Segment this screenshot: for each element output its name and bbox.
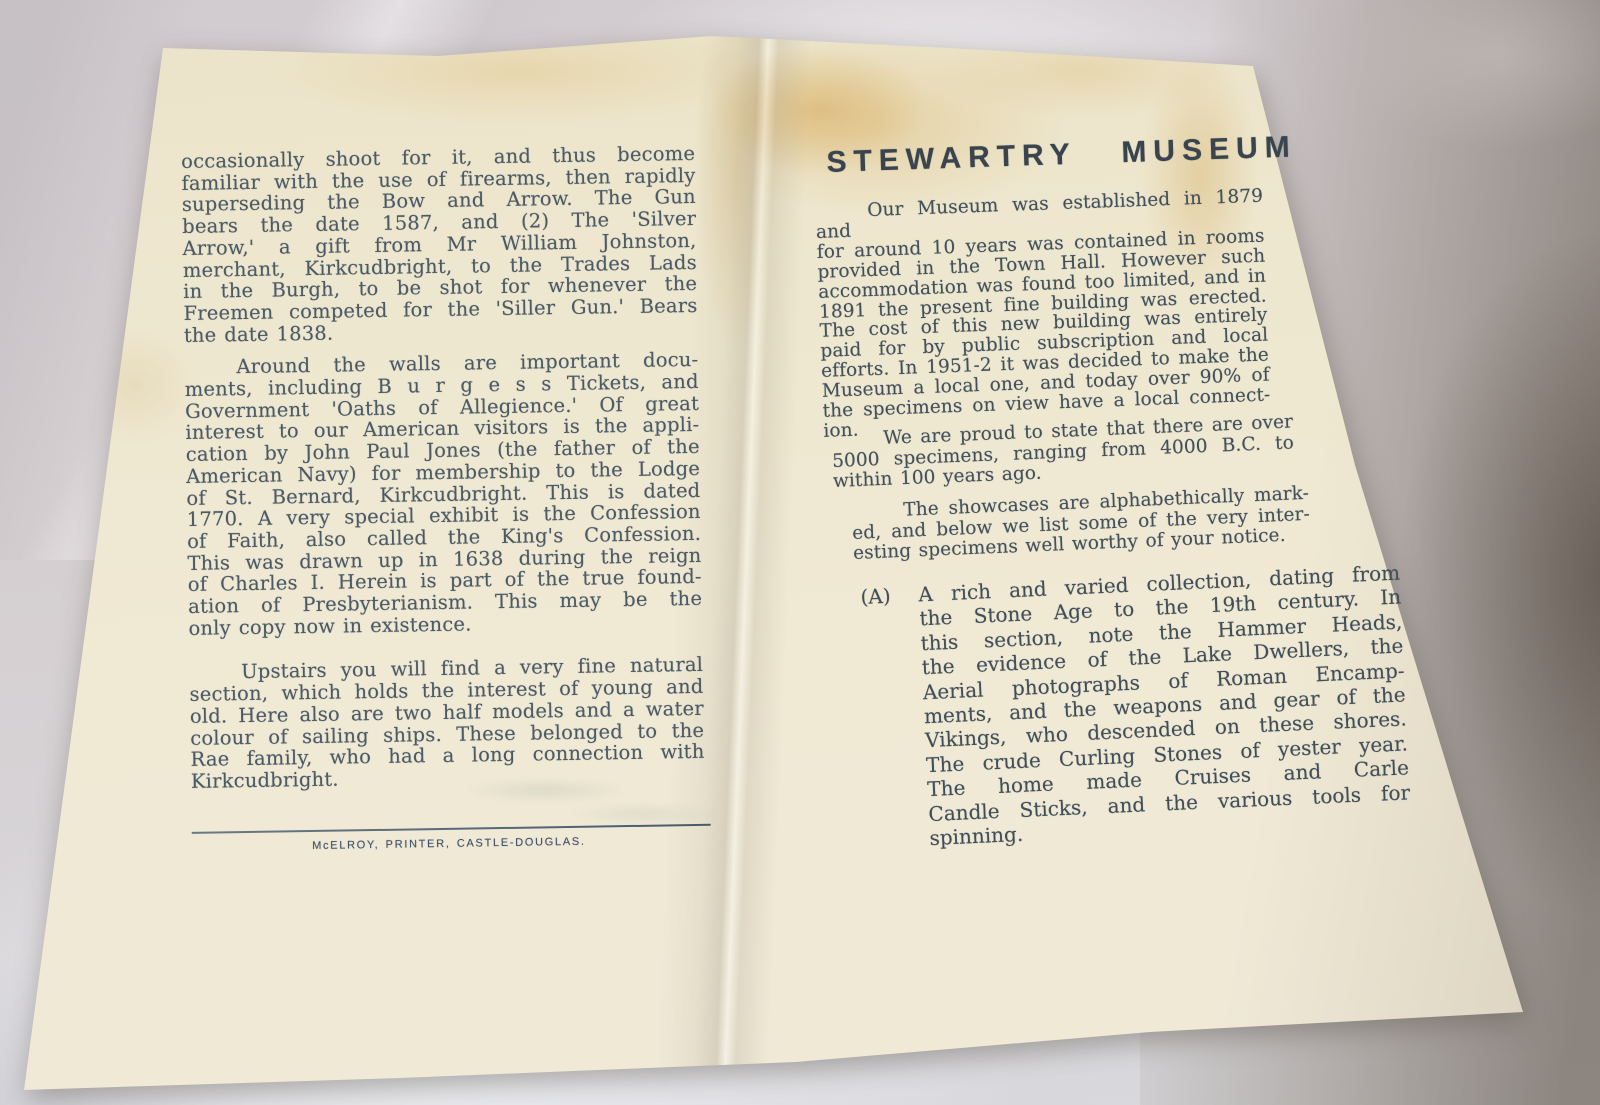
right-paragraph-1: Our Museum was established in 1879 andfo…: [815, 187, 1271, 442]
left-page: occasionally shoot for it, and thus beco…: [181, 143, 706, 859]
list-item-a: (A) A rich and varied collection, dating…: [860, 561, 1412, 854]
left-paragraph-2: Around the walls are important docu-ment…: [184, 349, 702, 639]
leaflet-photo: occasionally shoot for it, and thus beco…: [0, 0, 1600, 1105]
list-item-a-text: A rich and varied collection, dating fro…: [918, 561, 1412, 851]
left-paragraph-1: occasionally shoot for it, and thus beco…: [181, 143, 698, 346]
left-paragraph-3: Upstairs you will find a very fine natur…: [189, 654, 705, 792]
